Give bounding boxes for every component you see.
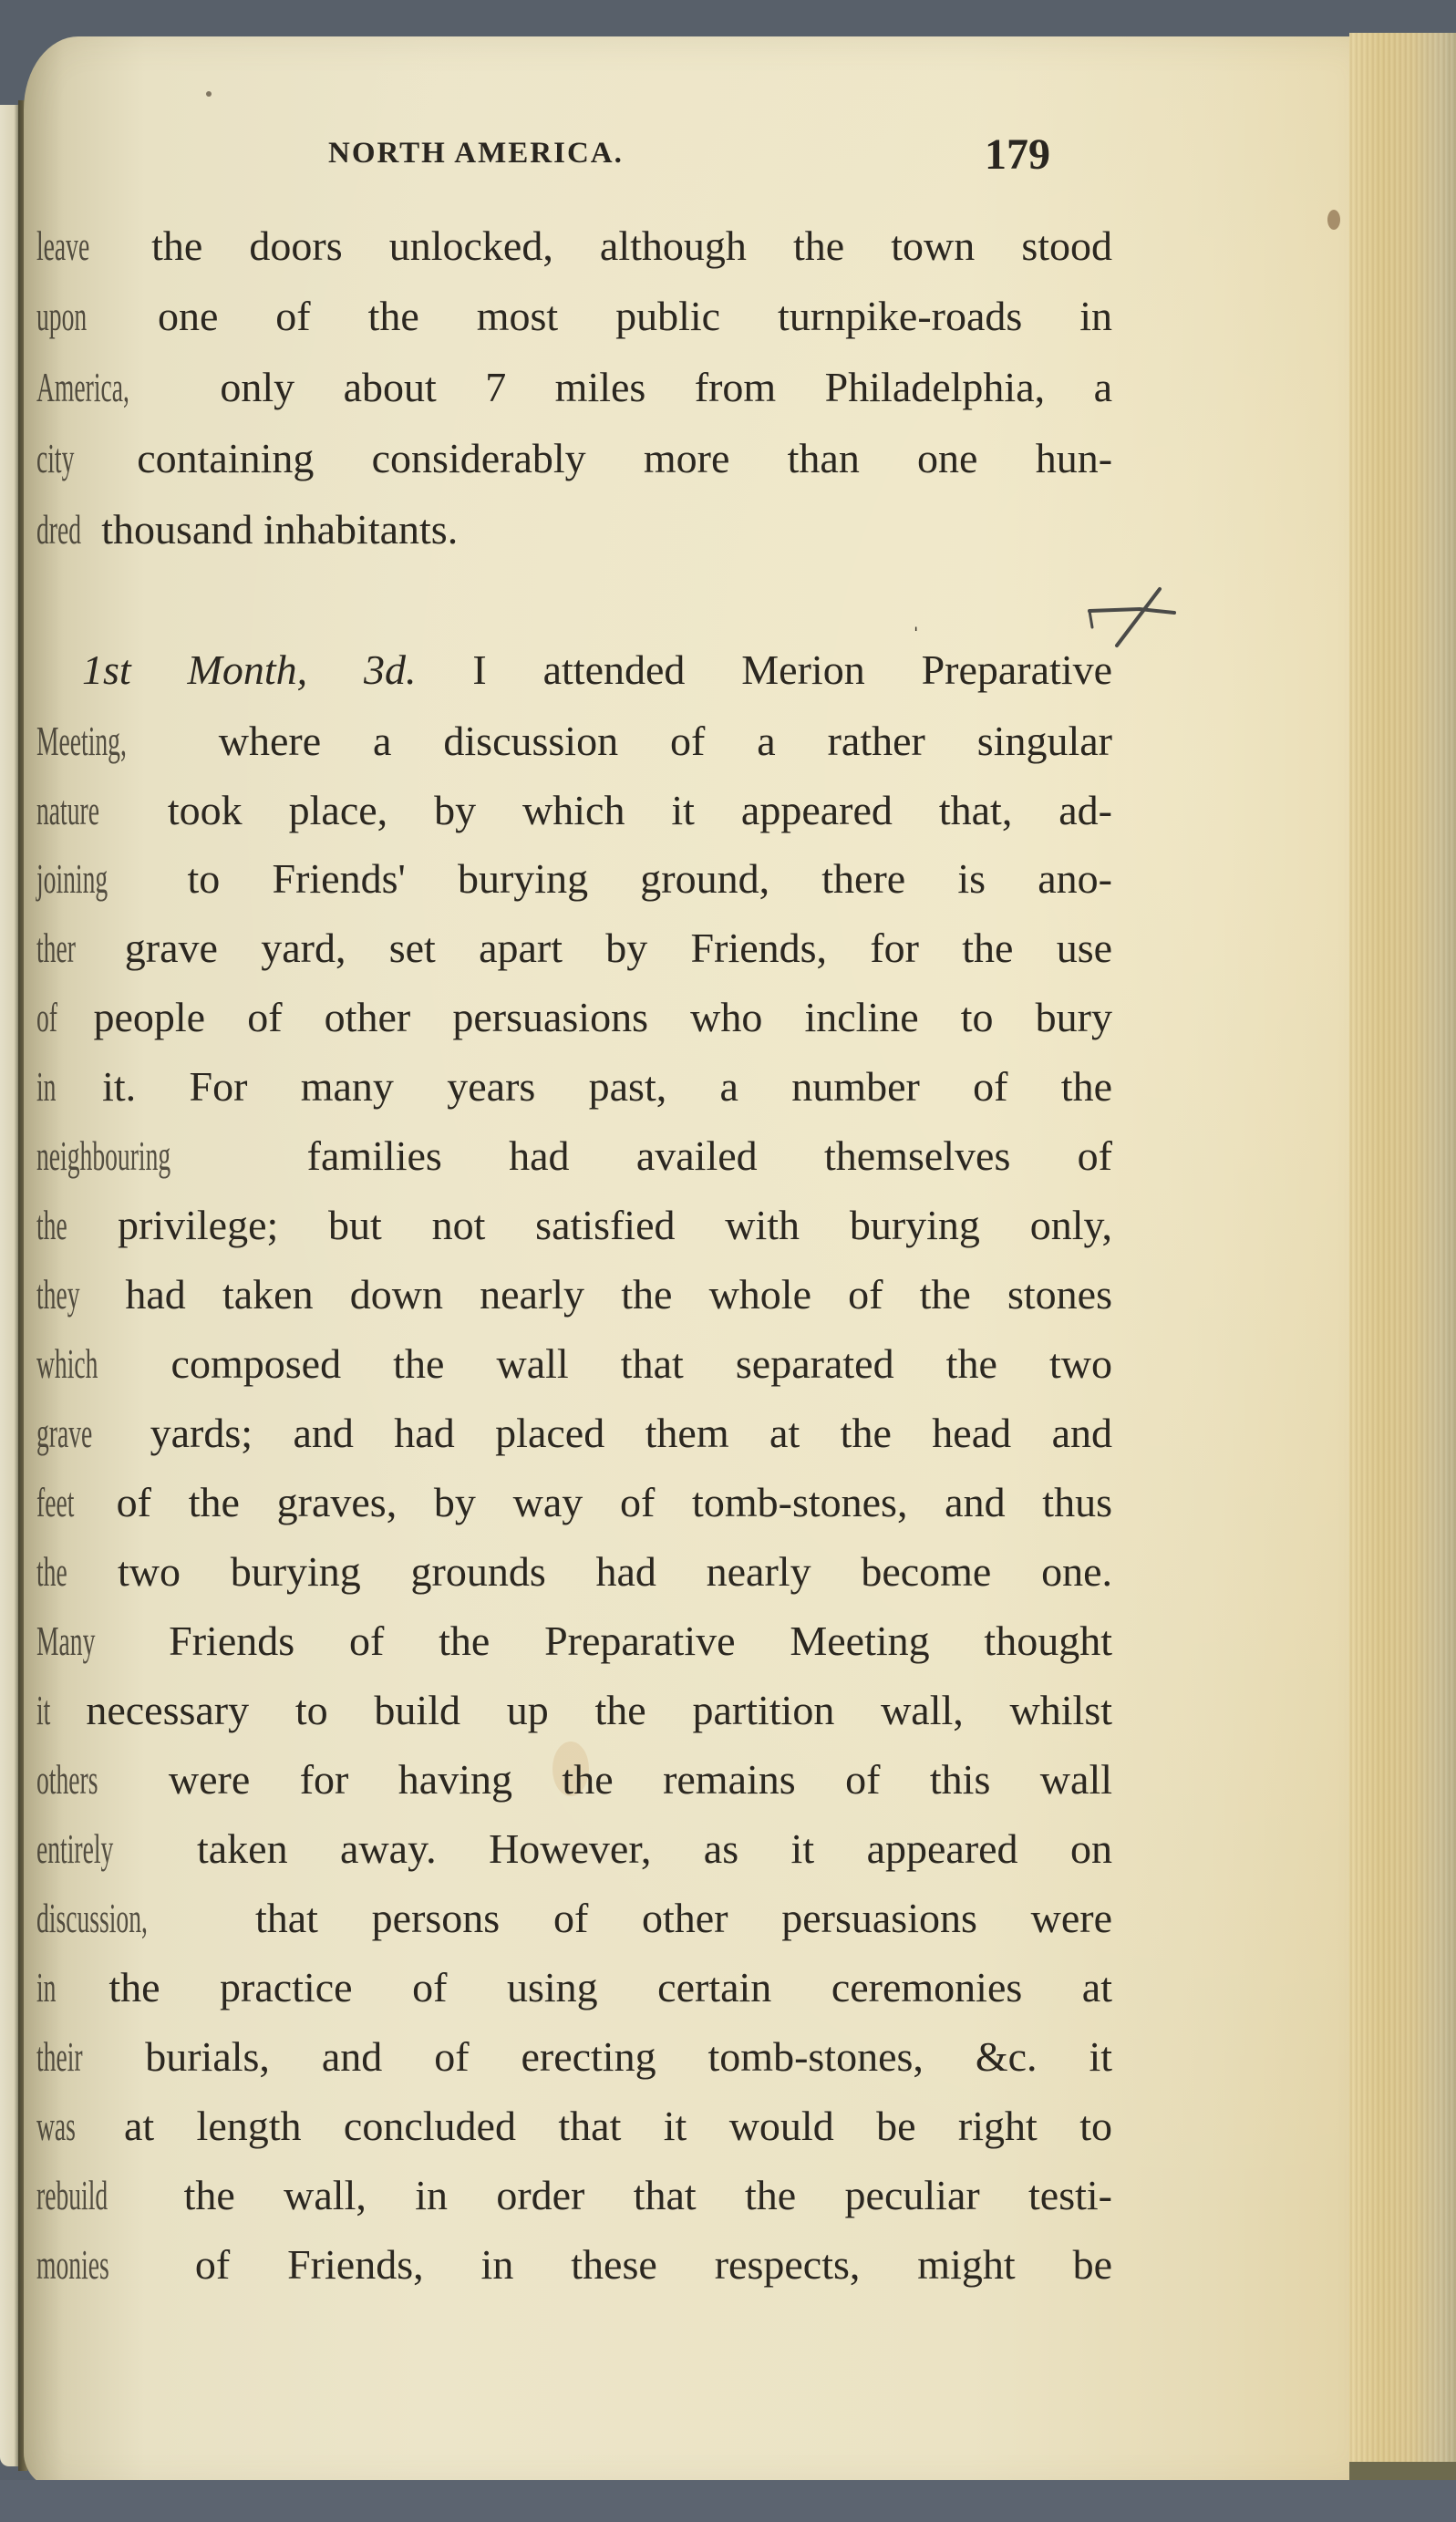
text-line: Meeting, where a discussion of a rather … bbox=[36, 714, 1112, 769]
text-line: neighbouring families had availed themse… bbox=[36, 1129, 1112, 1183]
entry-date: 1st Month, 3d. bbox=[82, 646, 417, 693]
text-line: dred thousand inhabitants. bbox=[36, 502, 458, 557]
text-line: of people of other persuasions who incli… bbox=[36, 990, 1112, 1045]
text-line: nature took place, by which it appeared … bbox=[36, 783, 1112, 838]
text-line: their burials, and of erecting tomb-ston… bbox=[36, 2030, 1112, 2084]
text-line: 1st Month, 3d. I attended Merion Prepara… bbox=[82, 643, 1112, 698]
text-line: rebuild the wall, in order that the pecu… bbox=[36, 2168, 1112, 2223]
text-line: monies of Friends, in these respects, mi… bbox=[36, 2238, 1112, 2292]
text-line: it necessary to build up the partition w… bbox=[36, 1683, 1112, 1738]
text-line: in the practice of using certain ceremon… bbox=[36, 1960, 1112, 2015]
page-content: NORTH AMERICA. 179 ˌ leave the doors unl… bbox=[0, 0, 1456, 2522]
text-line: they had taken down nearly the whole of … bbox=[36, 1267, 1112, 1322]
text-line: grave yards; and had placed them at the … bbox=[36, 1406, 1112, 1461]
text-line: city containing considerably more than o… bbox=[36, 431, 1112, 486]
text-line: in it. For many years past, a number of … bbox=[36, 1059, 1112, 1114]
text-line: others were for having the remains of th… bbox=[36, 1752, 1112, 1807]
text-line: discussion, that persons of other persua… bbox=[36, 1891, 1112, 1946]
text-line: joining to Friends' burying ground, ther… bbox=[36, 852, 1112, 906]
page-number: 179 bbox=[985, 129, 1050, 180]
text-line: upon one of the most public turnpike-roa… bbox=[36, 289, 1112, 344]
text-line: the two burying grounds had nearly becom… bbox=[36, 1545, 1112, 1599]
text-line: ther grave yard, set apart by Friends, f… bbox=[36, 921, 1112, 976]
running-head: NORTH AMERICA. bbox=[328, 137, 624, 171]
text-line: which composed the wall that separated t… bbox=[36, 1337, 1112, 1391]
text-line: was at length concluded that it would be… bbox=[36, 2099, 1112, 2154]
text-line: feet of the graves, by way of tomb-stone… bbox=[36, 1475, 1112, 1530]
text-line: America, only about 7 miles from Philade… bbox=[36, 360, 1112, 415]
stray-ink-mark: ˌ bbox=[912, 604, 920, 633]
text-line: Many Friends of the Preparative Meeting … bbox=[36, 1614, 1112, 1669]
text-line: entirely taken away. However, as it appe… bbox=[36, 1822, 1112, 1876]
text-line: leave the doors unlocked, although the t… bbox=[36, 219, 1112, 274]
text-line: the privilege; but not satisfied with bu… bbox=[36, 1198, 1112, 1253]
